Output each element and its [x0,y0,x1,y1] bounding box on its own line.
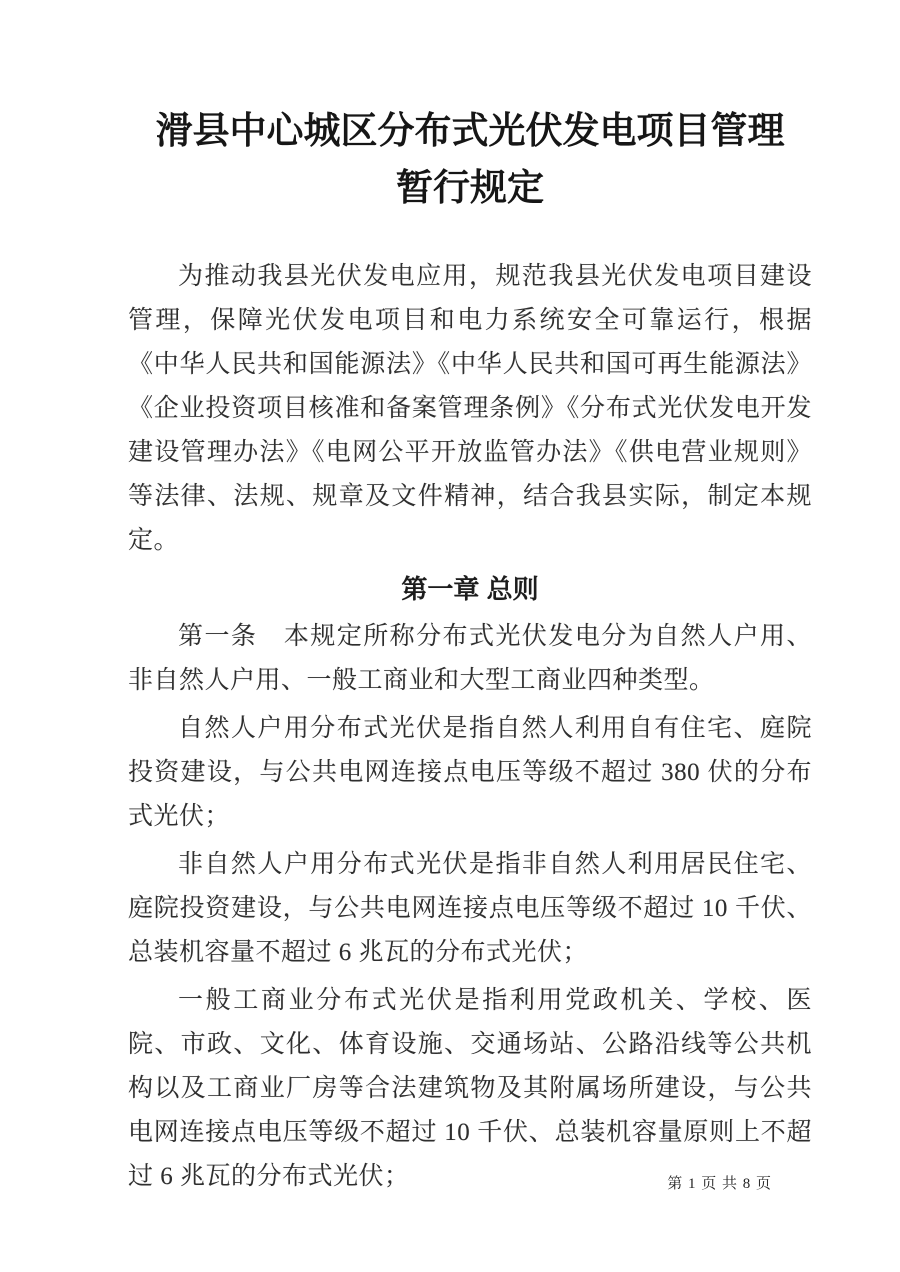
document-title: 滑县中心城区分布式光伏发电项目管理 暂行规定 [140,102,800,216]
paragraph-non-natural-person-pv-definition: 非自然人户用分布式光伏是指非自然人利用居民住宅、庭院投资建设，与公共电网连接点电… [128,843,812,975]
document-body: 为推动我县光伏发电应用，规范我县光伏发电项目建设管理，保障光伏发电项目和电力系统… [128,255,812,1199]
paragraph-natural-person-pv-definition: 自然人户用分布式光伏是指自然人利用自有住宅、庭院投资建设，与公共电网连接点电压等… [128,707,812,839]
paragraph-general-commercial-pv-definition: 一般工商业分布式光伏是指利用党政机关、学校、医院、市政、文化、体育设施、交通场站… [128,979,812,1199]
document-page: 滑县中心城区分布式光伏发电项目管理 暂行规定 为推动我县光伏发电应用，规范我县光… [0,0,900,1272]
chapter-heading: 第一章 总则 [128,567,812,611]
page-number-indicator: 第 1 页 共 8 页 [667,1174,772,1194]
document-title-line-2: 暂行规定 [140,159,800,216]
paragraph-preamble: 为推动我县光伏发电应用，规范我县光伏发电项目建设管理，保障光伏发电项目和电力系统… [128,255,812,563]
document-content: 滑县中心城区分布式光伏发电项目管理 暂行规定 为推动我县光伏发电应用，规范我县光… [128,102,812,1203]
document-title-line-1: 滑县中心城区分布式光伏发电项目管理 [140,102,800,159]
paragraph-article-1: 第一条 本规定所称分布式光伏发电分为自然人户用、非自然人户用、一般工商业和大型工… [128,615,812,703]
